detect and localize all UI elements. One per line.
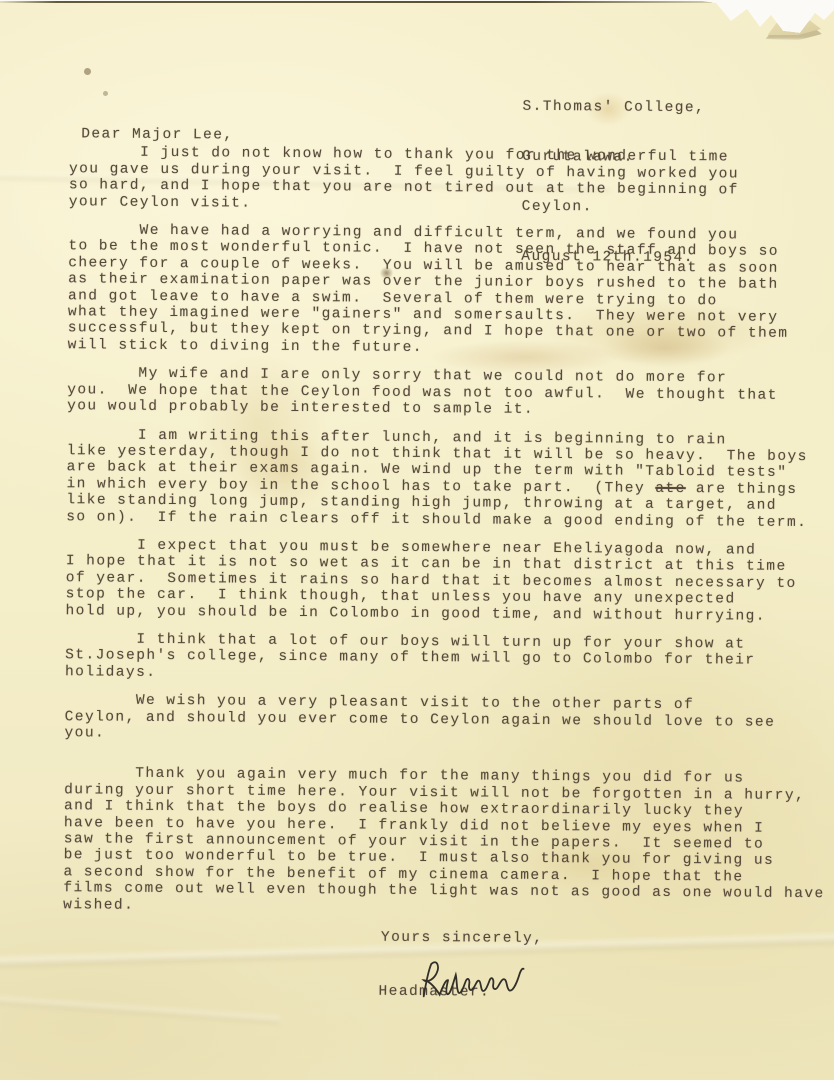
signature-ink-strokes [412, 954, 534, 1003]
letter-paragraph: I am writing this after lunch, and it is… [66, 427, 831, 531]
strikethrough-word: ate [655, 481, 686, 497]
letter-paragraph: We wish you a very pleasant visit to the… [64, 692, 828, 747]
sender-address-line: S.Thomas' College, [522, 99, 705, 118]
letter-paragraph: My wife and I are only sorry that we cou… [67, 366, 831, 421]
letter-paper: S.Thomas' College, Gurutalawa. Ceylon. A… [0, 0, 834, 1080]
scanned-letter-page: S.Thomas' College, Gurutalawa. Ceylon. A… [0, 0, 834, 1080]
letter-paragraph: Thank you again very much for the many t… [63, 766, 828, 920]
letter-paragraph: I just do not know how to thank you for … [69, 145, 833, 217]
letter-paragraph: We have had a worrying and difficult ter… [68, 222, 833, 359]
letter-paragraph: I think that a lot of our boys will turn… [65, 631, 829, 686]
letter-paragraph: I expect that you must be somewhere near… [65, 537, 830, 625]
letter-content: S.Thomas' College, Gurutalawa. Ceylon. A… [0, 0, 834, 1080]
letter-body: Dear Major Lee, I just do not know how t… [62, 126, 833, 1004]
